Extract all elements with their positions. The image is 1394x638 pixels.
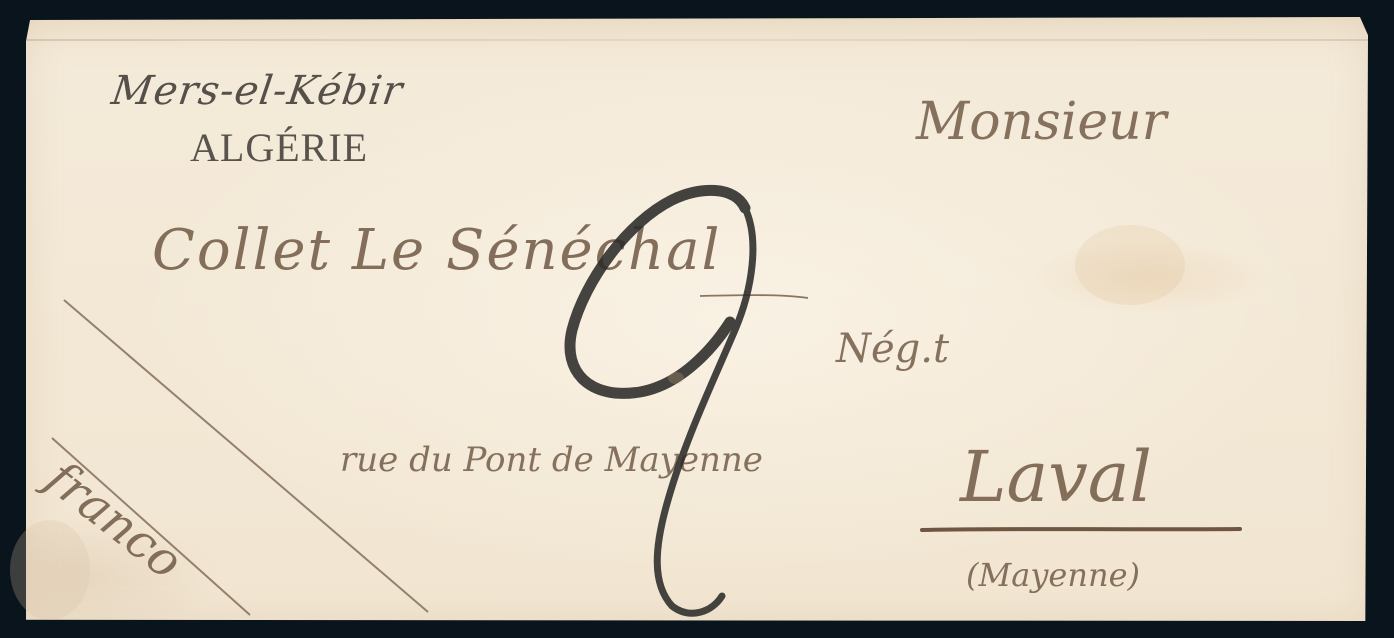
destination-department: (Mayenne): [966, 556, 1140, 594]
destination-city: Laval: [960, 436, 1152, 518]
postmark-country: ALGÉRIE: [190, 124, 368, 171]
postmark-town: Mers-el-Kébir: [109, 68, 406, 114]
addressee-trade: Nég.t: [836, 326, 949, 372]
top-fold-line: [26, 39, 1368, 41]
salutation-text: Monsieur: [916, 92, 1166, 152]
photo-stage: Mers-el-Kébir ALGÉRIE Monsieur Collet Le…: [0, 0, 1394, 638]
